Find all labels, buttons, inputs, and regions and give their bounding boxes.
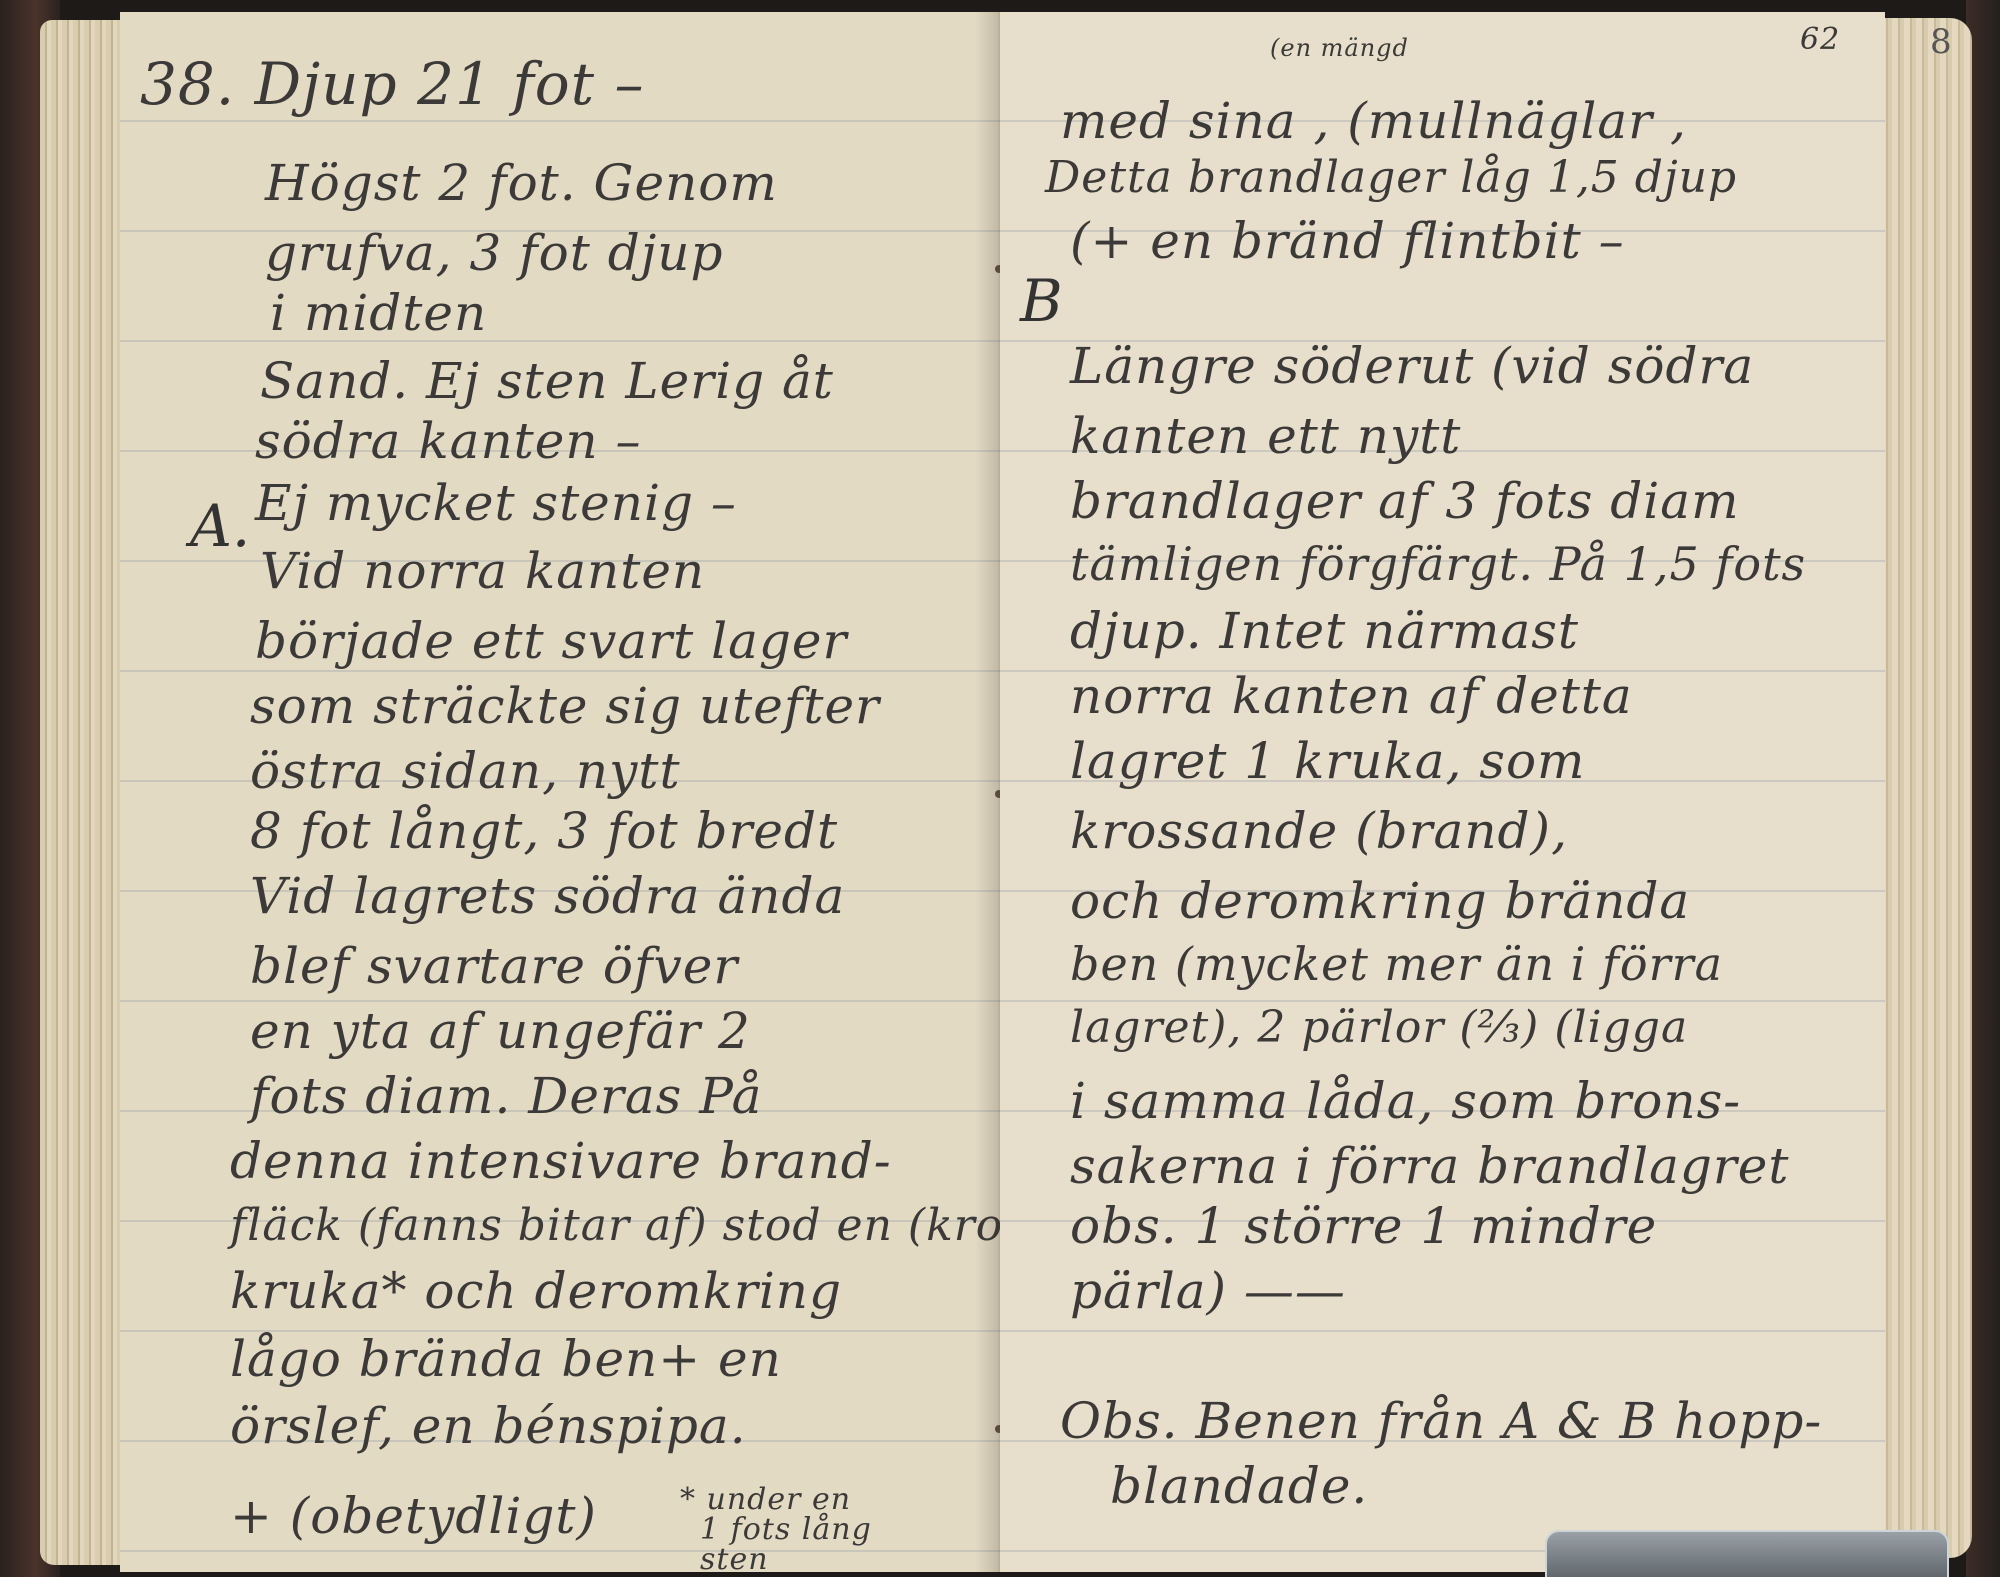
handwritten-line: obs. 1 större 1 mindre — [1070, 1197, 1657, 1255]
handwritten-line: sakerna i förra brandlagret — [1070, 1137, 1789, 1195]
handwritten-line: som sträckte sig utefter — [250, 677, 880, 735]
notebook-spread: A. 38. Djup 21 fot – Högst 2 fot. Genom … — [0, 0, 2000, 1577]
handwritten-line: grufva, 3 fot djup — [265, 224, 723, 282]
handwritten-line: tämligen förgfärgt. På 1,5 fots — [1070, 537, 1806, 591]
handwritten-line: södra kanten – — [255, 412, 641, 470]
closing-note-line: blandade. — [1110, 1457, 1368, 1515]
margin-mark-A: A. — [190, 492, 250, 560]
handwritten-line: och deromkring brända — [1070, 872, 1690, 930]
handwritten-line: 8 fot långt, 3 fot bredt — [250, 802, 838, 860]
handwritten-line: + (obetydligt) — [230, 1487, 597, 1545]
handwritten-line: Vid norra kanten — [260, 542, 705, 600]
handwritten-line: norra kanten af detta — [1070, 667, 1633, 725]
handwritten-line: brandlager af 3 fots diam — [1070, 472, 1740, 530]
handwritten-line: lågo brända ben+ en — [230, 1330, 782, 1388]
left-page: A. 38. Djup 21 fot – Högst 2 fot. Genom … — [120, 12, 1000, 1572]
margin-mark-B: B — [1020, 267, 1063, 335]
handwritten-line: lagret 1 kruka, som — [1070, 732, 1585, 790]
handwritten-line: Vid lagrets södra ända — [250, 867, 845, 925]
entry-number: 62 — [1800, 22, 1840, 57]
handwritten-line: denna intensivare brand- — [230, 1132, 892, 1190]
right-page: 8 62 (en mängd B med sina , (mullnäglar … — [1000, 12, 1885, 1572]
handwritten-line: lagret), 2 pärlor (⅔) (ligga — [1070, 1002, 1688, 1053]
handwritten-line: Längre söderut (vid södra — [1070, 337, 1754, 395]
handwritten-line: fots diam. Deras På — [250, 1067, 762, 1125]
handwritten-line: örslef, en bénspipa. — [230, 1397, 747, 1455]
handwritten-line: med sina , (mullnäglar , — [1060, 92, 1687, 150]
closing-note-line: Obs. Benen från A & B hopp- — [1060, 1392, 1822, 1450]
handwritten-line: östra sidan, nytt — [250, 742, 681, 800]
handwritten-line: i samma låda, som brons- — [1070, 1072, 1741, 1130]
handwritten-line: Ej mycket stenig – — [255, 474, 737, 532]
handwritten-line: (+ en bränd flintbit – — [1070, 212, 1625, 270]
page-clip — [1545, 1530, 1949, 1577]
handwritten-line: ben (mycket mer än i förra — [1070, 937, 1723, 991]
handwritten-line: krossande (brand), — [1070, 802, 1568, 860]
footnote-line: sten — [700, 1542, 769, 1577]
handwritten-line: Sand. Ej sten Lerig åt — [260, 352, 834, 410]
handwritten-line: Högst 2 fot. Genom — [265, 154, 778, 212]
page-number: 8 — [1930, 22, 1952, 62]
handwritten-line: i midten — [270, 284, 487, 342]
handwritten-line: kruka* och deromkring — [230, 1262, 842, 1320]
handwritten-line: pärla) —— — [1070, 1262, 1346, 1320]
handwritten-line: en yta af ungefär 2 — [250, 1002, 751, 1060]
handwritten-line: 38. Djup 21 fot – — [140, 50, 644, 118]
handwritten-line: började ett svart lager — [255, 612, 847, 670]
interlinear-insert: (en mängd — [1270, 34, 1409, 62]
handwritten-line: djup. Intet närmast — [1070, 602, 1579, 660]
handwritten-line: Detta brandlager låg 1,5 djup — [1045, 152, 1737, 203]
page-edges-right — [1880, 18, 1972, 1558]
handwritten-line: kanten ett nytt — [1070, 407, 1461, 465]
handwritten-line: blef svartare öfver — [250, 937, 738, 995]
